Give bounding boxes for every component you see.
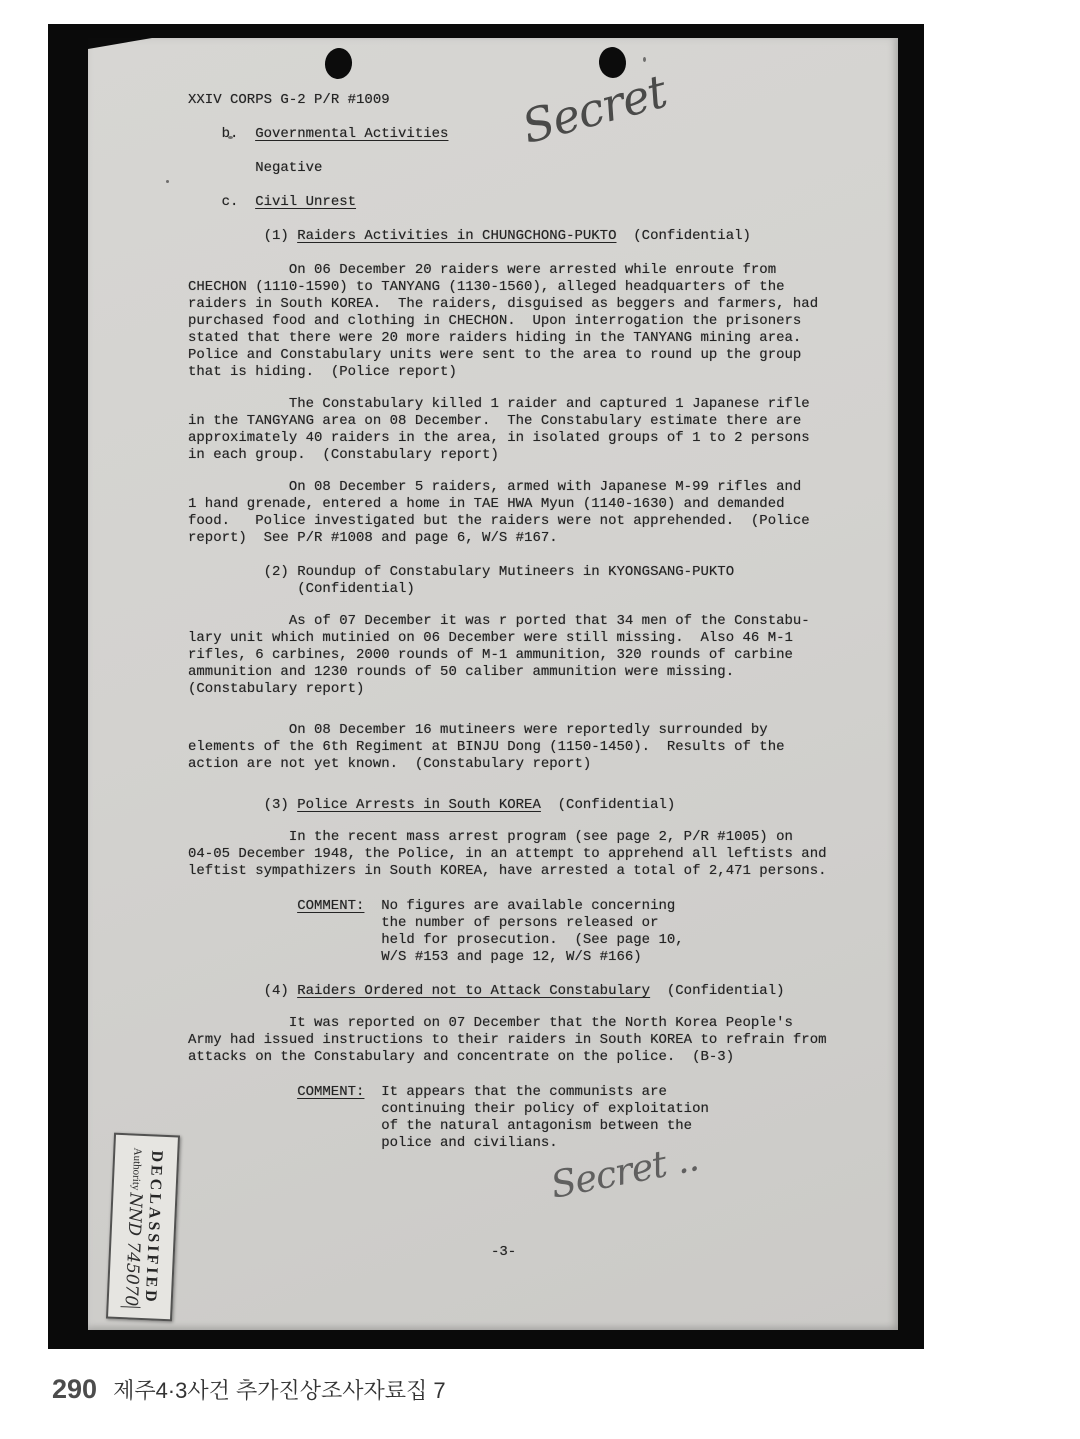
- comment-label: COMMENT:: [297, 898, 364, 966]
- heading-title: Police Arrests in South KOREA: [297, 797, 541, 813]
- comment-block: COMMENT:It appears that the communists a…: [297, 1084, 856, 1152]
- heading-title: Governmental Activities: [255, 126, 448, 142]
- heading-number: (3): [264, 797, 289, 813]
- book-page-number: 290: [52, 1374, 97, 1405]
- heading-title: Roundup of Constabulary Mutineers in KYO…: [297, 564, 734, 598]
- heading-title: Raiders Activities in CHUNGCHONG-PUKTO: [297, 228, 616, 244]
- heading-raiders-activities: (1)Raiders Activities in CHUNGCHONG-PUKT…: [264, 228, 856, 245]
- heading-number: (2): [264, 564, 289, 580]
- paragraph: The Constabulary killed 1 raider and cap…: [188, 396, 856, 464]
- declassified-stamp: DECLASSIFIED Authority NND 745070: [106, 1133, 180, 1322]
- report-header: XXIV CORPS G-2 P/R #1009: [188, 92, 856, 109]
- book-caption: 290 제주4·3사건 추가진상조사자료집 7: [52, 1374, 446, 1405]
- classification-suffix: (Confidential): [558, 797, 676, 813]
- heading-letter: b.: [222, 126, 239, 142]
- heading-governmental-activities: b.Governmental Activities: [222, 126, 856, 143]
- scan-background: Secret XXIV CORPS G-2 P/R #1009 b.Govern…: [48, 24, 924, 1349]
- document-body: XXIV CORPS G-2 P/R #1009 b.Governmental …: [188, 92, 856, 1152]
- classification-suffix: (Confidential): [667, 983, 785, 999]
- scan-speck: [228, 136, 233, 139]
- heading-number: (1): [264, 228, 289, 244]
- paragraph: On 08 December 16 mutineers were reporte…: [188, 722, 856, 773]
- authority-label: Authority: [130, 1147, 144, 1190]
- punch-hole: [323, 46, 354, 80]
- heading-police-arrests: (3)Police Arrests in South KOREA(Confide…: [264, 797, 856, 814]
- paper-corner-fold: [88, 38, 152, 49]
- scan-speck: [166, 180, 169, 183]
- paragraph: It was reported on 07 December that the …: [188, 1015, 856, 1066]
- scan-speck: [643, 57, 646, 62]
- heading-title: Raiders Ordered not to Attack Constabula…: [297, 983, 650, 999]
- comment-label: COMMENT:: [297, 1084, 364, 1152]
- paragraph: On 08 December 5 raiders, armed with Jap…: [188, 479, 856, 547]
- page-number: -3-: [491, 1244, 516, 1260]
- heading-raiders-ordered: (4)Raiders Ordered not to Attack Constab…: [264, 983, 856, 1000]
- heading-number: (4): [264, 983, 289, 999]
- paragraph: In the recent mass arrest program (see p…: [188, 829, 856, 880]
- book-title: 제주4·3사건 추가진상조사자료집 7: [113, 1374, 446, 1405]
- heading-roundup-mutineers: (2)Roundup of Constabulary Mutineers in …: [264, 564, 856, 598]
- paragraph: As of 07 December it was r ported that 3…: [188, 613, 856, 698]
- heading-title: Civil Unrest: [255, 194, 356, 210]
- heading-civil-unrest: c.Civil Unrest: [222, 194, 856, 211]
- comment-block: COMMENT:No figures are available concern…: [297, 898, 856, 966]
- comment-text: No figures are available concerning the …: [381, 898, 683, 966]
- document-paper: Secret XXIV CORPS G-2 P/R #1009 b.Govern…: [88, 38, 898, 1330]
- paragraph: On 06 December 20 raiders were arrested …: [188, 262, 856, 381]
- heading-letter: c.: [222, 194, 239, 210]
- classification-suffix: (Confidential): [633, 228, 751, 244]
- negative-line: Negative: [255, 160, 856, 177]
